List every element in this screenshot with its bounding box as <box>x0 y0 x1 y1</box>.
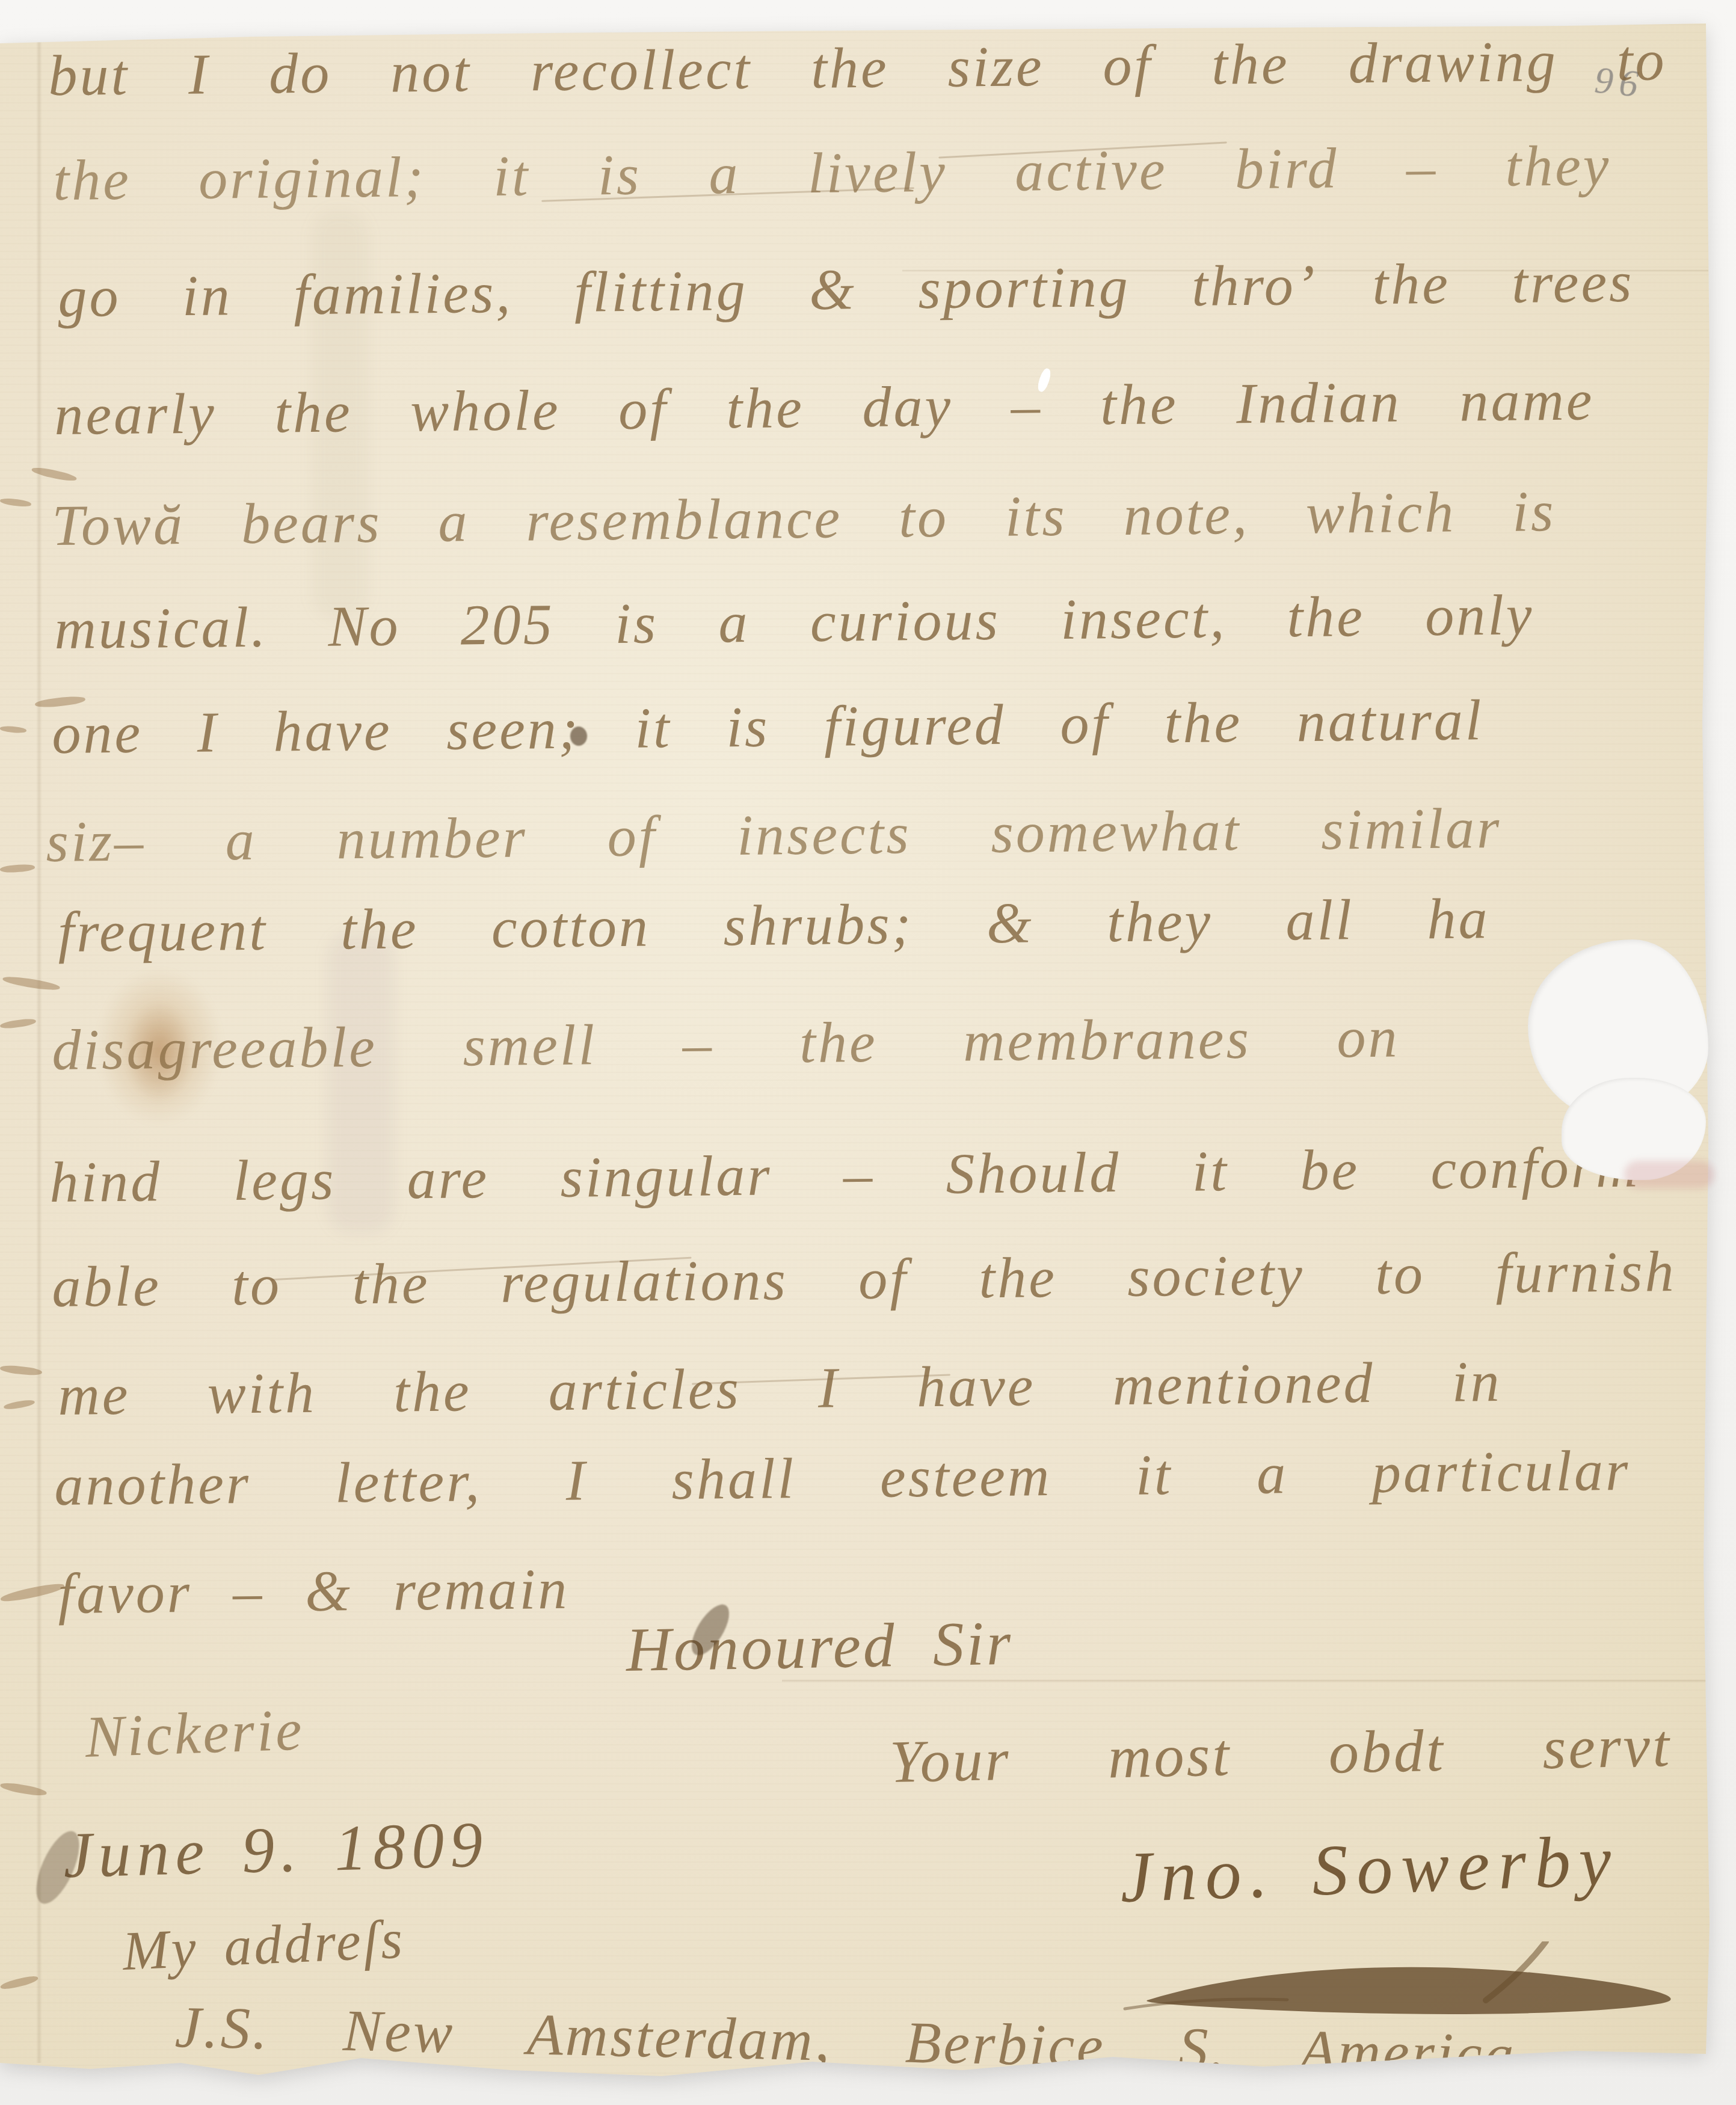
ink-flourish <box>1113 1941 1714 2032</box>
letter-line: hind legs are singular – Should it be co… <box>49 1138 1662 1211</box>
letter-line: frequent the cotton shrubs; & they all h… <box>58 890 1490 961</box>
letter-line: another letter, I shall esteem it a part… <box>54 1442 1631 1514</box>
fold-crease <box>782 1679 1708 1682</box>
closing-valediction: Your most obdt servt <box>889 1716 1672 1792</box>
bleed-mark <box>0 725 26 734</box>
bleed-mark <box>0 1974 39 1991</box>
bleed-mark <box>3 1399 35 1411</box>
fold-crease <box>36 42 42 2063</box>
letter-line: disagreeable smell – the membranes on <box>52 1008 1400 1078</box>
signature: Jno. Sowerby <box>1119 1824 1621 1914</box>
closing-place: Nickerie <box>84 1700 305 1767</box>
bleed-mark <box>0 1018 37 1030</box>
letter-line: one I have seen; it is figured of the na… <box>52 691 1484 763</box>
closing-salutation: Honoured Sir <box>626 1612 1014 1682</box>
letter-line: nearly the whole of the day – the Indian… <box>54 371 1595 444</box>
bleed-mark <box>0 1581 65 1604</box>
closing-date: June 9. 1809 <box>63 1812 489 1888</box>
letter-line: siz– a number of insects somewhat simila… <box>46 799 1502 871</box>
letter-line: Towă bears a resemblance to its note, wh… <box>52 482 1556 555</box>
letter-line: go in families, flitting & sporting thro… <box>58 253 1634 326</box>
bleed-mark <box>2 975 60 992</box>
address-label: My addreſs <box>122 1911 406 1979</box>
bleed-mark <box>0 497 31 508</box>
letter-line: musical. No 205 is a curious insect, the… <box>54 586 1534 658</box>
letter-line: favor – & remain <box>58 1560 570 1623</box>
letter-line: me with the articles I have mentioned in <box>58 1353 1502 1424</box>
letter-line: but I do not recollect the size of the d… <box>48 31 1667 105</box>
paper-sheet: 96 but I do not recollect the size of th… <box>0 0 1711 2105</box>
letter-line: able to the regulations of the society t… <box>52 1243 1676 1316</box>
ink-blotch <box>570 727 587 746</box>
hole-edge-tint <box>1624 1161 1714 1188</box>
letter-scan: 96 but I do not recollect the size of th… <box>0 0 1736 2105</box>
letter-line: the original; it is a lively active bird… <box>53 137 1611 209</box>
bleed-mark <box>0 864 35 873</box>
